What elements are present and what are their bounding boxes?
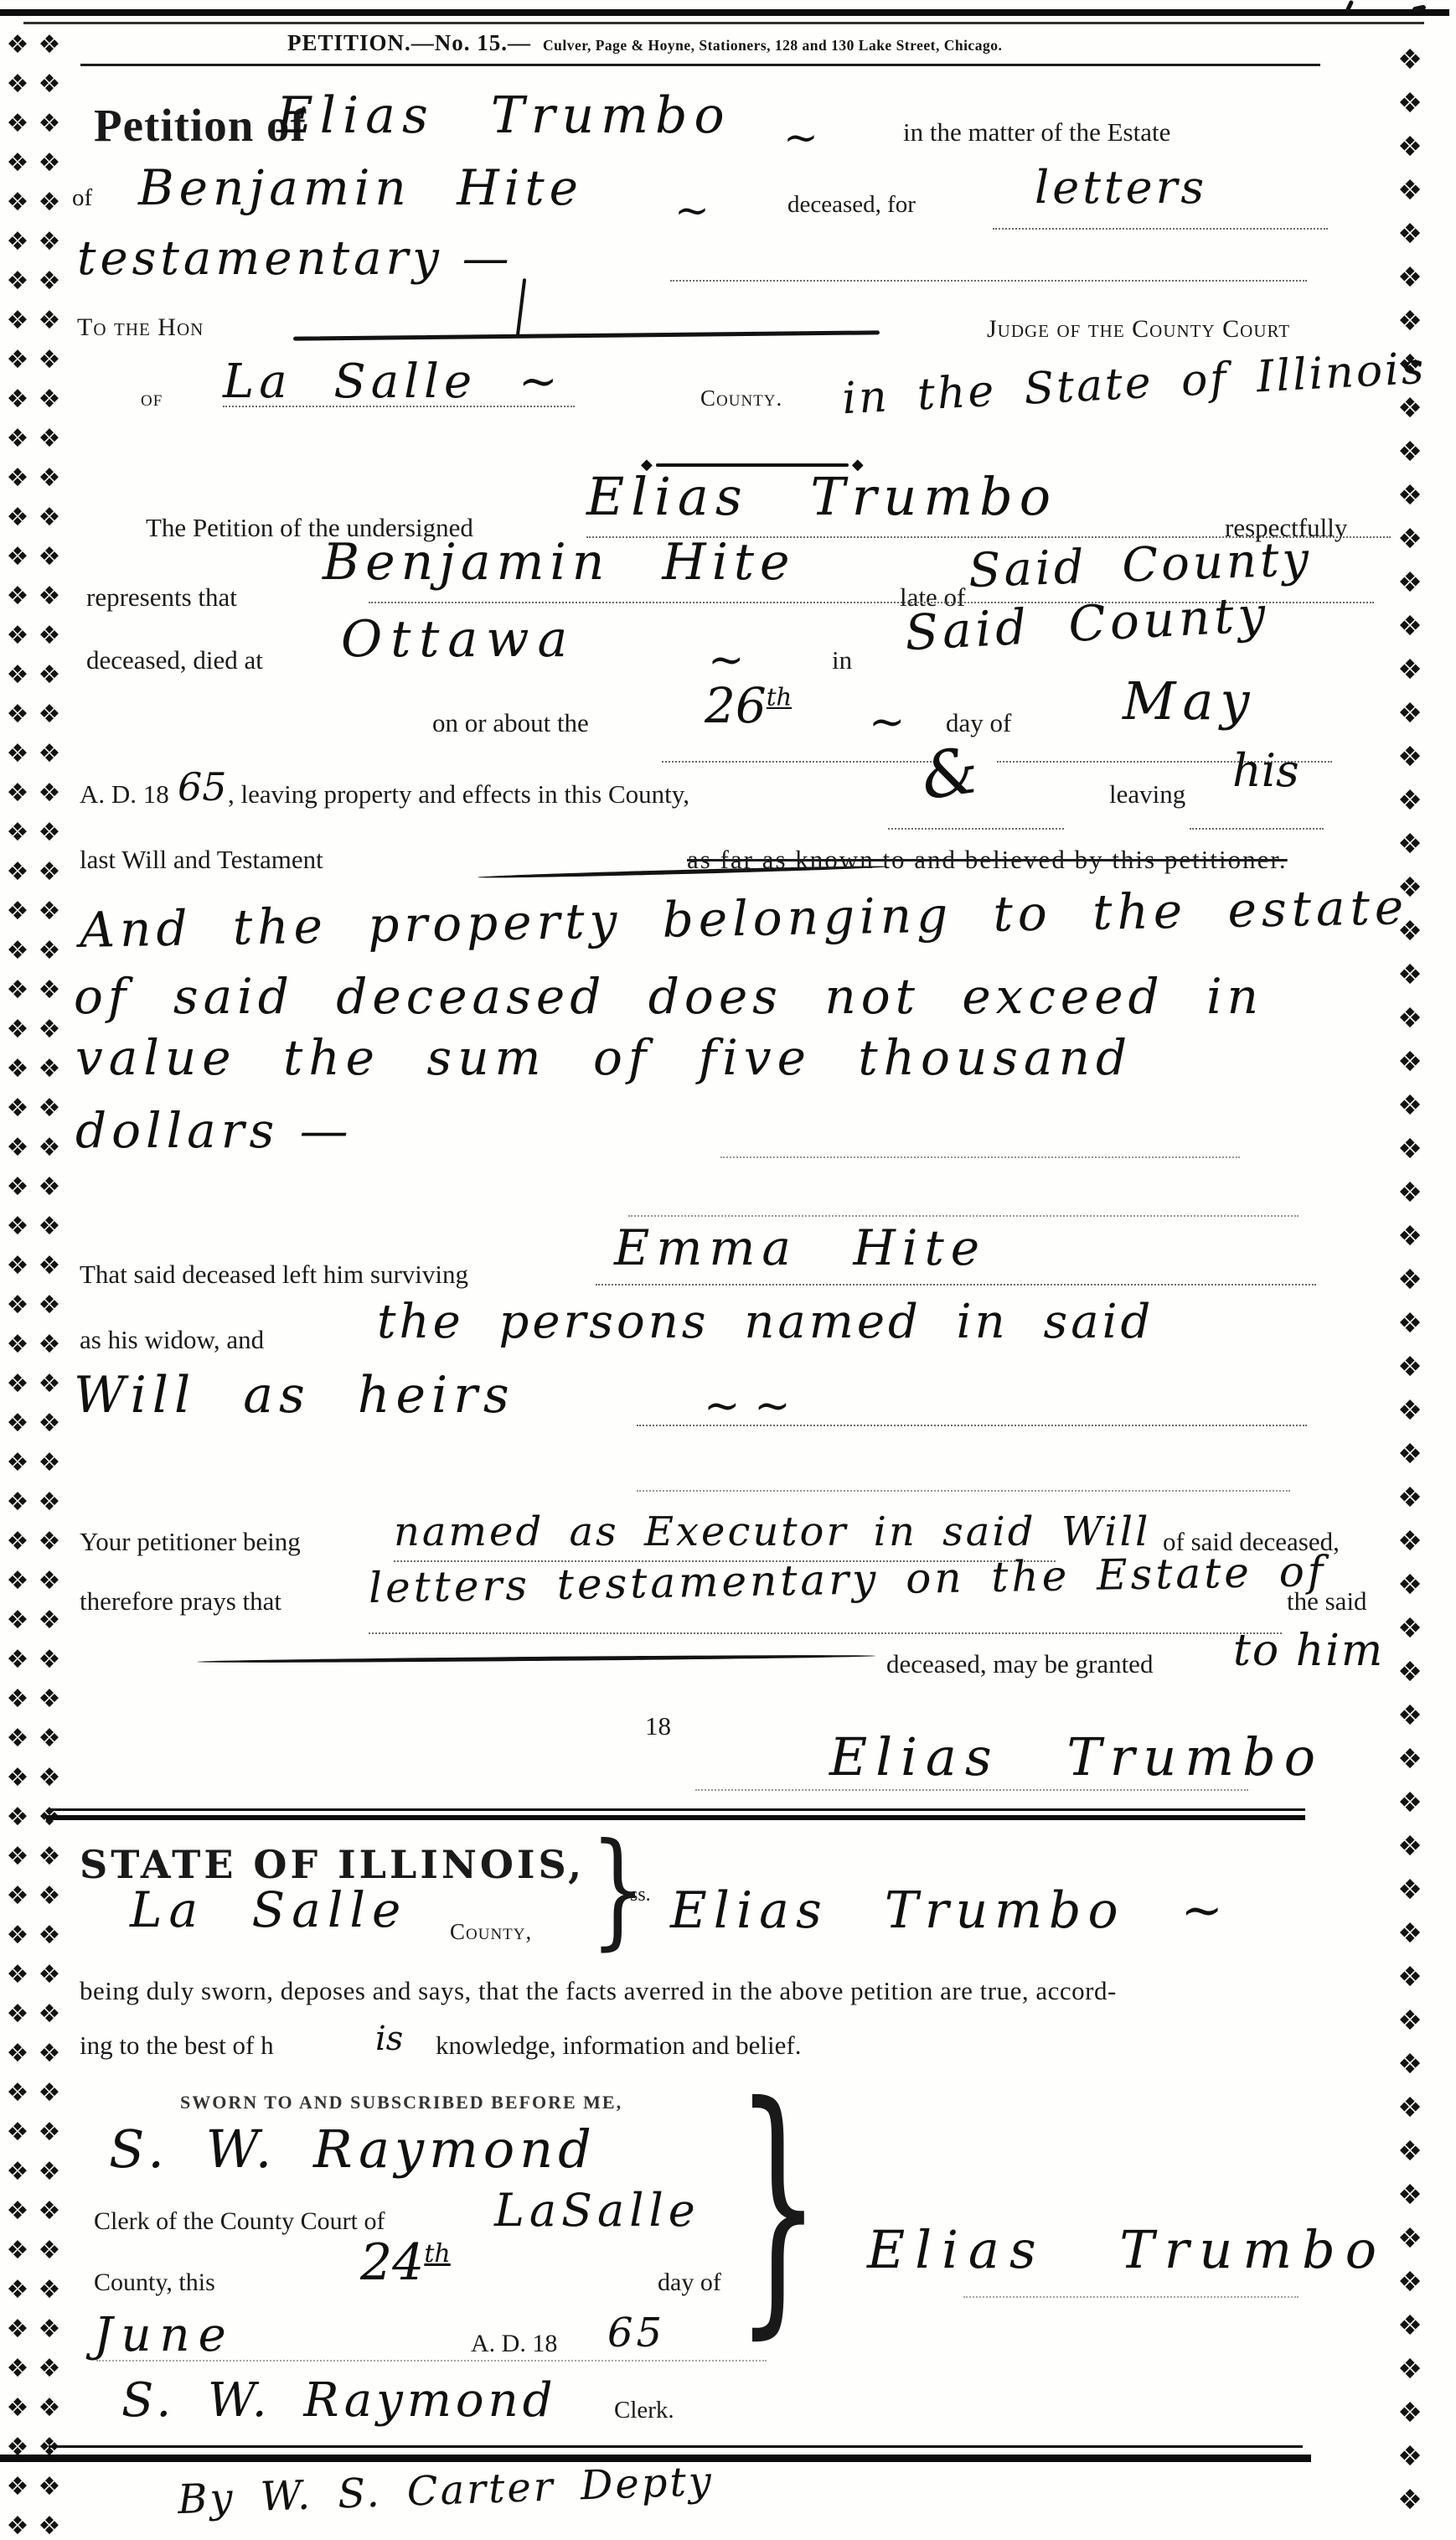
right-border-ornament: ❖ ❖ ❖ ❖ ❖ ❖ ❖ ❖ ❖ ❖ ❖ ❖ ❖ ❖ ❖ ❖ ❖ ❖ ❖ ❖ … [1391,38,1429,2518]
county-this-label: County, this [94,2268,215,2297]
petition-document-page: PETITION.—No. 15.— Culver, Page & Hoyne,… [0,0,1456,2540]
value-clause-line-1: And the property belonging to the estate [80,878,1409,959]
died-at-label: deceased, died at [86,645,263,675]
clerk-label: Clerk. [614,2397,674,2424]
clerk-signature-2: S. W. Raymond [121,2373,557,2428]
sworn-statement-line-2a: ing to the best of h [80,2030,274,2061]
affidavit-rule-thick [46,1815,1305,1820]
deceased-for-label: deceased, for [787,191,916,219]
affiant-name-field: Elias Trumbo ~ [670,1881,1230,1940]
named-executor-field: named as Executor in said Will [394,1508,1150,1555]
top-rule-thin [23,22,1424,24]
petitioner-name-field: Elias Trumbo [276,86,731,145]
dotted-line-prays [369,1632,1282,1634]
value-clause-line-2: of said deceased does not exceed in [74,968,1263,1025]
form-header: PETITION.—No. 15.— Culver, Page & Hoyne,… [287,30,1002,56]
dotted-line-amp [888,828,1064,830]
left-border-ornament-inner: ❖ ❖ ❖ ❖ ❖ ❖ ❖ ❖ ❖ ❖ ❖ ❖ ❖ ❖ ❖ ❖ ❖ ❖ ❖ ❖ … [34,25,65,2535]
petitioner-signature-1: Elias Trumbo [829,1726,1324,1787]
dotted-line-widow [596,1284,1316,1286]
stationer-imprint: Culver, Page & Hoyne, Stationers, 128 an… [543,37,1002,54]
pen-line-judge-blank [293,330,880,340]
jurat-day-of-label: day of [658,2268,721,2297]
left-surviving-label: That said deceased left him surviving [80,1260,468,1290]
ampersand-flourish-field: & [916,732,983,815]
dotted-line-county [223,406,575,407]
clerk-signature-1: S. W. Raymond [109,2118,596,2180]
his-field: his [1232,744,1299,797]
dotted-line-signature-1 [695,1789,1248,1791]
dotted-line-signature-2 [963,2296,1299,2298]
month-field: May [1123,670,1256,732]
ss-label: ss. [630,1884,651,1906]
tilde-mark-1: ~ [783,113,818,162]
judge-county-court-label: Judge of the County Court [987,315,1290,344]
dotted-line-blank-2 [637,1490,1290,1492]
value-clause-line-3: value the sum of five thousand [75,1029,1133,1086]
affidavit-rule-thin [50,1808,1305,1811]
clerk-of-court-label: Clerk of the County Court of [94,2207,385,2236]
left-border-ornament-outer: ❖ ❖ ❖ ❖ ❖ ❖ ❖ ❖ ❖ ❖ ❖ ❖ ❖ ❖ ❖ ❖ ❖ ❖ ❖ ❖ … [2,25,34,2535]
jurat-day-number: 24 [360,2233,424,2292]
county-label-2: County, [450,1919,532,1945]
may-be-granted-label: deceased, may be granted [886,1649,1153,1679]
jurat-month-field: June [94,2308,235,2362]
petitioner-signature-2: Elias Trumbo [867,2219,1386,2280]
decedent-name-field-2: Benjamin Hite [323,533,796,592]
affidavit-county-field: La Salle [130,1881,407,1938]
as-his-widow-label: as his widow, and [80,1325,264,1355]
of-label-2: of [141,385,163,411]
dotted-line-dollars [720,1156,1240,1158]
state-of-illinois-field: in the State of Illinois [841,344,1428,424]
leaving-label: leaving [1109,779,1185,810]
jurat-brace: } [736,2072,821,2340]
leaving-property-label: , leaving property and effects in this C… [228,779,689,810]
year-stub-label: 18 [645,1711,671,1741]
in-label: in [832,645,852,675]
jurat-day-suffix: th [424,2239,450,2268]
top-rule-thick [0,9,1449,16]
dotted-line-letters [993,228,1328,230]
day-number: 26 [705,677,767,734]
jurat-year-field: 65 [607,2310,665,2356]
jurat-ad-18-label: A. D. 18 [471,2330,557,2358]
struck-printed-clause: as far as known to and believed by this … [687,845,1288,875]
sworn-statement-line-1: being duly sworn, deposes and says, that… [80,1976,1117,2006]
dotted-line-testamentary [670,280,1307,282]
county-label-1: County. [700,385,782,411]
day-field: 26th [705,677,792,734]
sworn-before-label: Sworn to and subscribed before me, [180,2092,622,2113]
pen-flourish-vertical [516,278,527,337]
tilde-mark-2: ~ [674,186,710,235]
header-rule [80,64,1320,66]
county-name-field: La Salle ~ [223,354,563,409]
tilde-marks-heirs: ~ ~ [704,1381,791,1431]
year-field: 65 [178,764,227,810]
will-as-heirs-field: Will as heirs [74,1366,515,1425]
pen-line-blank-name [197,1653,875,1663]
tilde-mark-4: ~ [869,697,906,748]
dotted-line-jurat-date [96,2360,767,2362]
dotted-line-heirs [637,1425,1307,1426]
form-number: PETITION.—No. 15.— [287,30,531,56]
ad-18-label: A. D. 18 [80,779,169,810]
state-of-illinois-heading: STATE OF ILLINOIS, [80,1842,585,1887]
letters-word-field: letters [1035,161,1207,214]
matter-of-estate-label: in the matter of the Estate [903,117,1170,147]
bottom-rule-thin [49,2445,1303,2448]
widow-name-field: Emma Hite [614,1219,986,1276]
therefore-prays-label: therefore prays that [80,1586,281,1617]
letters-estate-field: letters testamentary on the Estate of [369,1547,1327,1612]
to-the-hon-label: To the Hon [77,313,204,342]
dotted-line-day [662,761,938,763]
day-suffix: th [767,683,792,711]
your-petitioner-label: Your petitioner being [80,1527,301,1557]
dotted-line-blank-1 [628,1215,1299,1217]
deputy-clerk-field: By W. S. Carter Depty [177,2458,715,2523]
petitioner-name-field-2: Elias Trumbo [586,466,1057,527]
value-clause-line-4: dollars — [75,1102,354,1159]
to-him-field: to him [1233,1626,1384,1676]
persons-named-field: the persons named in said [377,1295,1154,1349]
place-of-death-field: Ottawa [341,610,576,669]
petition-of-label: Petition of [94,99,307,152]
represents-label: represents that [86,582,237,613]
on-or-about-label: on or about the [432,708,589,738]
his-field-2: is [375,2020,403,2058]
last-will-label: last Will and Testament [80,845,323,875]
jurat-day-field: 24th [360,2233,451,2292]
testamentary-field: testamentary — [77,231,514,286]
jurat-county-field: LaSalle [494,2184,700,2237]
decedent-name-field: Benjamin Hite [138,159,583,216]
of-label-1: of [72,184,92,212]
dotted-line-his [1190,828,1324,830]
the-said-label: the said [1287,1586,1367,1617]
